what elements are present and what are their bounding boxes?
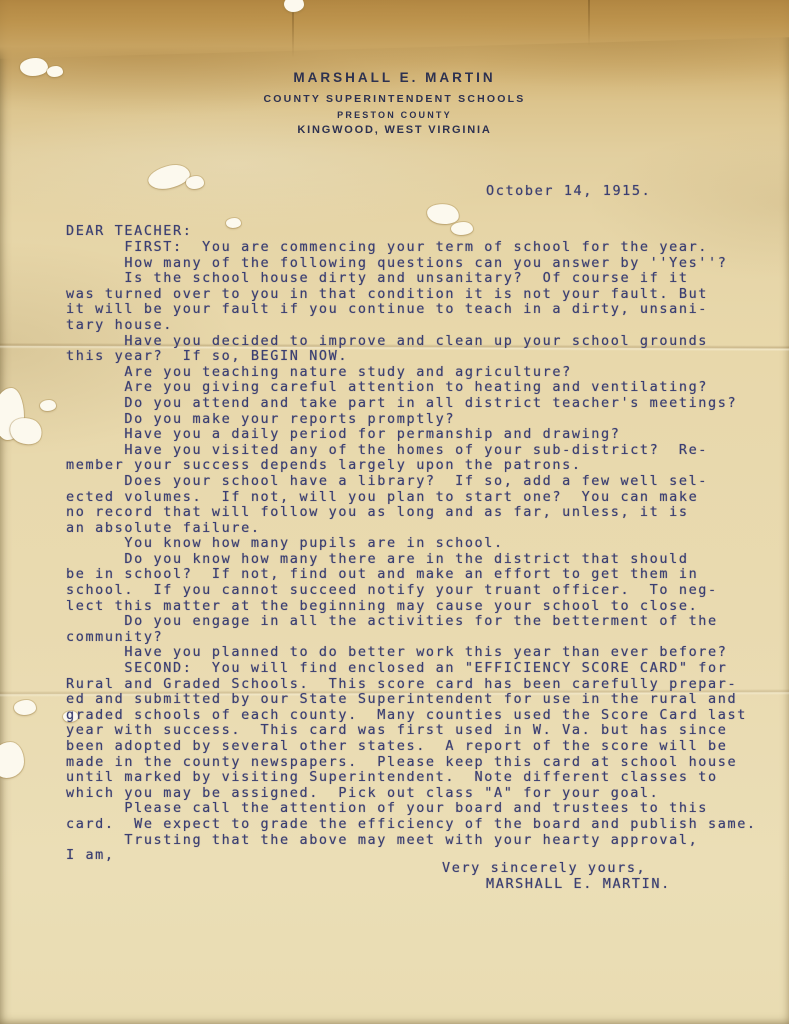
letter-line: Is the school house dirty and unsanitary… [66,271,757,287]
letter-line: Are you teaching nature study and agricu… [66,365,757,381]
letter-line: Rural and Graded Schools. This score car… [66,677,757,693]
letter-line: member your success depends largely upon… [66,458,757,474]
letter-line: tary house. [66,318,757,334]
letter-line: Have you decided to improve and clean up… [66,334,757,350]
letter-line: ected volumes. If not, will you plan to … [66,490,757,506]
letter-line: FIRST: You are commencing your term of s… [66,240,757,256]
paper-damage-spot [186,176,204,189]
letter-line: until marked by visiting Superintendent.… [66,770,757,786]
letter-line: You know how many pupils are in school. [66,536,757,552]
paper-damage-spot [40,400,56,411]
letterhead-title: COUNTY SUPERINTENDENT SCHOOLS [0,93,789,105]
paper-aged-top-band [0,0,789,62]
letterhead-city: KINGWOOD, WEST VIRGINIA [0,124,789,136]
paper-damage-spot [0,742,24,778]
letter-line: ed and submitted by our State Superinten… [66,692,757,708]
letter-line: Do you attend and take part in all distr… [66,396,757,412]
letter-line: Have you visited any of the homes of you… [66,443,757,459]
date-line: October 14, 1915. [486,184,651,200]
letter-line: no record that will follow you as long a… [66,505,757,521]
paper-damage-spot [14,700,36,715]
letter-line: made in the county newspapers. Please ke… [66,755,757,771]
letterhead: MARSHALL E. MARTIN COUNTY SUPERINTENDENT… [0,70,789,136]
paper-damage-spot [146,162,192,192]
letterhead-county: PRESTON COUNTY [0,110,789,120]
letter-line: How many of the following questions can … [66,256,757,272]
letter-line: Are you giving careful attention to heat… [66,380,757,396]
letter-line: card. We expect to grade the efficiency … [66,817,757,833]
letter-line: year with success. This card was first u… [66,723,757,739]
letter-line: been adopted by several other states. A … [66,739,757,755]
letter-line: Please call the attention of your board … [66,801,757,817]
letter-line: it will be your fault if you continue to… [66,302,757,318]
letter-line: this year? If so, BEGIN NOW. [66,349,757,365]
letter-line: Does your school have a library? If so, … [66,474,757,490]
signature: MARSHALL E. MARTIN. [486,877,671,893]
letterhead-name: MARSHALL E. MARTIN [0,70,789,85]
letter-line: be in school? If not, find out and make … [66,567,757,583]
letter-line: SECOND: You will find enclosed an "EFFIC… [66,661,757,677]
letter-line: Have you a daily period for permanship a… [66,427,757,443]
letter-line: an absolute failure. [66,521,757,537]
paper-damage-spot [451,222,473,235]
letter-line: Do you engage in all the activities for … [66,614,757,630]
letter-line: school. If you cannot succeed notify you… [66,583,757,599]
letter-body: FIRST: You are commencing your term of s… [66,240,757,864]
paper-damage-spot [226,218,241,228]
paper-tear-line [292,10,294,58]
letter-line: Trusting that the above may meet with yo… [66,833,757,849]
letter-line: Do you make your reports promptly? [66,412,757,428]
letter-line: I am, [66,848,757,864]
letter-photo: MARSHALL E. MARTIN COUNTY SUPERINTENDENT… [0,0,789,1024]
letter-line: lect this matter at the beginning may ca… [66,599,757,615]
paper-crease [588,0,590,46]
letter-line: Have you planned to do better work this … [66,645,757,661]
salutation: DEAR TEACHER: [66,224,192,240]
valediction: Very sincerely yours, [442,861,646,877]
